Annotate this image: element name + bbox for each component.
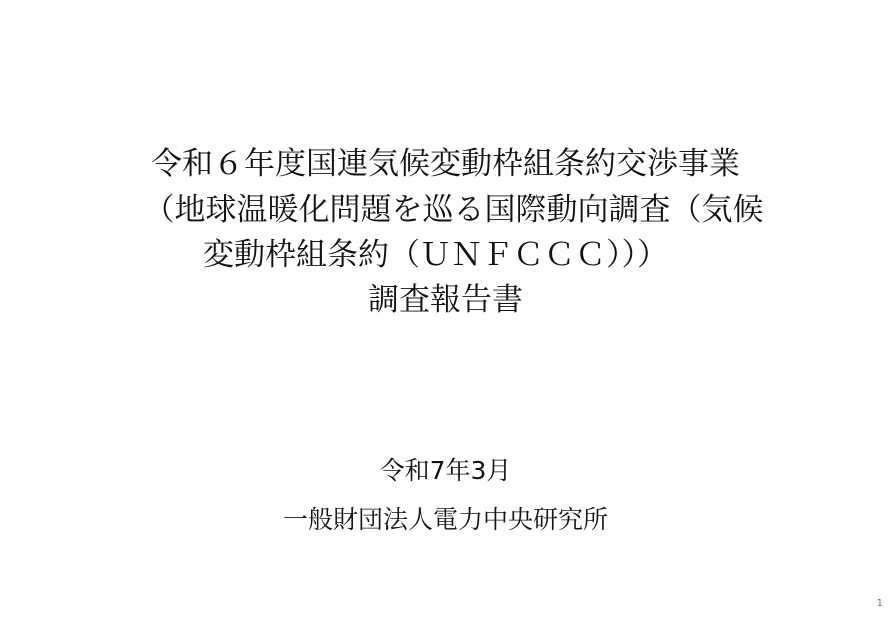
organization-name: 一般財団法人電力中央研究所 [0, 505, 891, 535]
title-line-1: 令和６年度国連気候変動枠組条約交渉事業 [0, 146, 891, 182]
report-date: 令和7年3月 [0, 456, 891, 486]
page-number: 1 [877, 598, 883, 609]
title-line-4: 調査報告書 [0, 282, 891, 318]
title-line-3: 変動枠組条約（ＵＮＦＣＣＣ））） [0, 237, 881, 273]
title-line-2: （地球温暖化問題を巡る国際動向調査（気候 [8, 192, 891, 228]
